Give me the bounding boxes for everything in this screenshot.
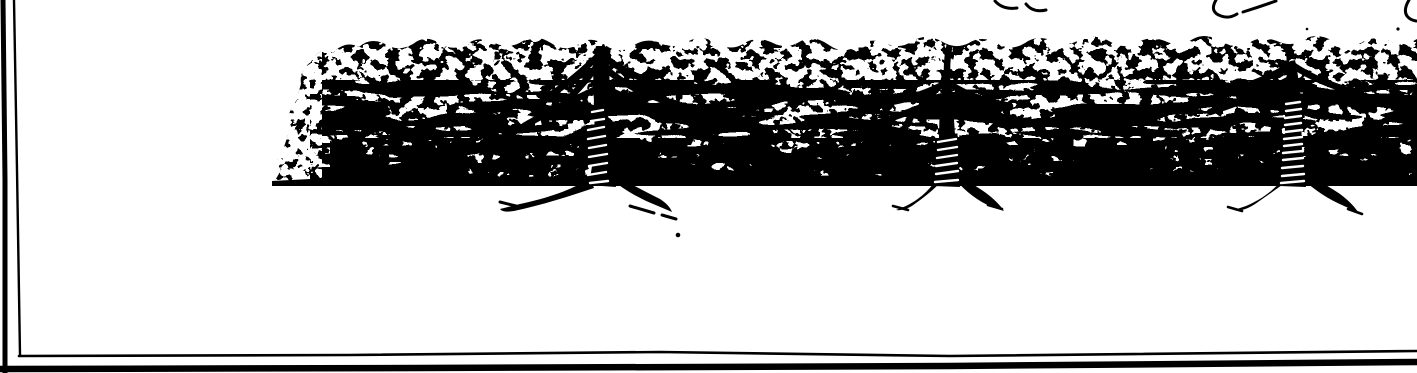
trunk-3-root-tip-dashes	[1228, 207, 1362, 214]
ink-speck-1	[1396, 27, 1399, 30]
scanned-page	[0, 0, 1417, 373]
hedge-engraving-illustration	[0, 0, 1417, 373]
left-inner-border-line	[14, 0, 20, 355]
ink-dot	[676, 233, 681, 238]
hedge-left-fade-group	[268, 30, 322, 190]
branch-curve-fragment-1	[995, 1, 1017, 8]
hedge-row	[268, 30, 1417, 190]
hedge-left-fade	[268, 30, 322, 190]
branch-curve-fragment-2	[1026, 4, 1046, 11]
bottom-inner-border-line	[19, 351, 1417, 356]
left-outer-border-line	[3, 0, 5, 373]
bottom-outer-border-line	[0, 362, 1417, 369]
cropped-stroke-fragments	[995, 0, 1416, 31]
branch-curve-fragment-5	[1405, 0, 1416, 21]
branch-curve-fragment-4	[1243, 1, 1276, 12]
hedge-foliage-texture	[268, 30, 1417, 190]
branch-curve-fragment-3	[1213, 0, 1237, 17]
ink-speck-2	[1306, 28, 1309, 31]
